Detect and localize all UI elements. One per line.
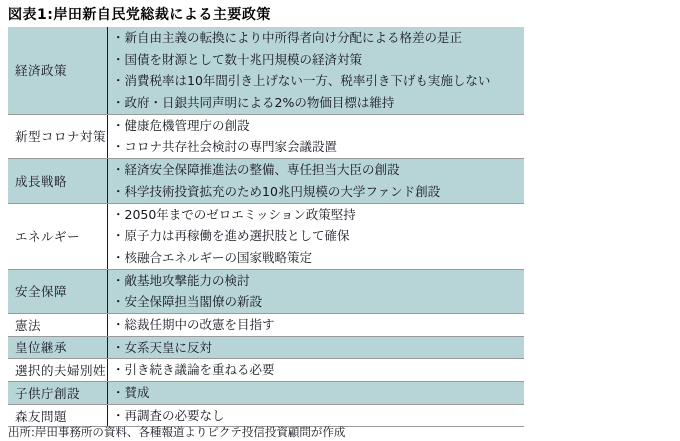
figure-title: 図表1:岸田新自民党総裁による主要政策 — [8, 4, 271, 24]
items-cell: ・女系天皇に反対 — [108, 337, 524, 359]
policy-item: ・敵基地攻撃能力の検討 — [112, 270, 524, 292]
items-cell: ・2050年までのゼロエミッション政策堅持・原子力は再稼働を進め選択肢として確保… — [108, 204, 524, 269]
policy-item: ・賛成 — [112, 382, 524, 404]
items-cell: ・健康危機管理庁の創設・コロナ共存社会検討の専門家会議設置 — [108, 115, 524, 158]
table-row: 成長戦略・経済安全保障推進法の整備、専任担当大臣の創設・科学技術投資拡充のため1… — [8, 158, 524, 202]
policy-item: ・2050年までのゼロエミッション政策堅持 — [112, 204, 524, 226]
items-cell: ・新自由主義の転換により中所得者向け分配による格差の是正・国債を財源として数十兆… — [108, 27, 524, 114]
table-row: 憲法・総裁任期中の改憲を目指す — [8, 313, 524, 336]
policy-item: ・経済安全保障推進法の整備、専任担当大臣の創設 — [112, 159, 524, 181]
table-row: 経済政策・新自由主義の転換により中所得者向け分配による格差の是正・国債を財源とし… — [8, 27, 524, 114]
table-row: 安全保障・敵基地攻撃能力の検討・安全保障担当閣僚の新設 — [8, 269, 524, 313]
table-row: 選択的夫婦別姓・引き続き議論を重ねる必要 — [8, 358, 524, 381]
policy-item: ・コロナ共存社会検討の専門家会議設置 — [112, 136, 524, 158]
table-row: 新型コロナ対策・健康危機管理庁の創設・コロナ共存社会検討の専門家会議設置 — [8, 114, 524, 158]
category-cell: 成長戦略 — [8, 159, 108, 202]
policy-item: ・新自由主義の転換により中所得者向け分配による格差の是正 — [112, 27, 524, 49]
policy-item: ・安全保障担当閣僚の新設 — [112, 291, 524, 313]
figure-page: 図表1:岸田新自民党総裁による主要政策 経済政策・新自由主義の転換により中所得者… — [0, 0, 680, 441]
policy-item: ・引き続き議論を重ねる必要 — [112, 359, 524, 381]
policy-item: ・消費税率は10年間引き上げない一方、税率引き下げも実施しない — [112, 70, 524, 92]
table-row: エネルギー・2050年までのゼロエミッション政策堅持・原子力は再稼働を進め選択肢… — [8, 203, 524, 269]
category-cell: 経済政策 — [8, 27, 108, 114]
policy-item: ・国債を財源として数十兆円規模の経済対策 — [112, 49, 524, 71]
policy-table: 経済政策・新自由主義の転換により中所得者向け分配による格差の是正・国債を財源とし… — [8, 27, 524, 427]
policy-item: ・健康危機管理庁の創設 — [112, 115, 524, 137]
category-cell: 選択的夫婦別姓 — [8, 359, 108, 381]
category-cell: 子供庁創設 — [8, 382, 108, 404]
policy-item: ・女系天皇に反対 — [112, 337, 524, 359]
items-cell: ・賛成 — [108, 382, 524, 404]
policy-item: ・科学技術投資拡充のため10兆円規模の大学ファンド創設 — [112, 181, 524, 203]
category-cell: エネルギー — [8, 204, 108, 269]
policy-item: ・核融合エネルギーの国家戦略策定 — [112, 247, 524, 269]
table-row: 森友問題・再調査の必要なし — [8, 404, 524, 427]
table-row: 皇位継承・女系天皇に反対 — [8, 336, 524, 359]
category-cell: 安全保障 — [8, 270, 108, 313]
category-cell: 皇位継承 — [8, 337, 108, 359]
items-cell: ・引き続き議論を重ねる必要 — [108, 359, 524, 381]
items-cell: ・総裁任期中の改憲を目指す — [108, 314, 524, 336]
table-row: 子供庁創設・賛成 — [8, 381, 524, 404]
policy-item: ・原子力は再稼働を進め選択肢として確保 — [112, 225, 524, 247]
items-cell: ・経済安全保障推進法の整備、専任担当大臣の創設・科学技術投資拡充のため10兆円規… — [108, 159, 524, 202]
policy-item: ・政府・日銀共同声明による2%の物価目標は維持 — [112, 92, 524, 114]
category-cell: 憲法 — [8, 314, 108, 336]
category-cell: 新型コロナ対策 — [8, 115, 108, 158]
policy-item: ・総裁任期中の改憲を目指す — [112, 314, 524, 336]
items-cell: ・敵基地攻撃能力の検討・安全保障担当閣僚の新設 — [108, 270, 524, 313]
source-note: 出所:岸田事務所の資料、各種報道よりピクテ投信投資顧問が作成 — [8, 424, 345, 440]
